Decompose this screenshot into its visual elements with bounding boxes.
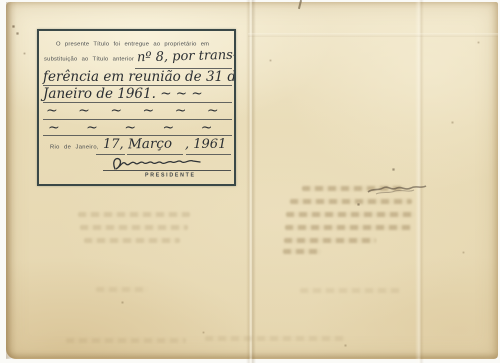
handwritten-month: Março [128, 136, 172, 153]
ghost-showthrough-line [96, 287, 148, 292]
ghost-showthrough-line [78, 212, 190, 217]
transfer-stamp-box: O presente Título foi entregue ao propri… [37, 29, 236, 186]
signature-title-label: PRESIDENTE [145, 172, 196, 178]
handwritten-line-transferencia: ferência em reunião de 31 de [43, 69, 236, 85]
handwritten-squiggle-row: ~ ~ ~ ~ ~ ~ ~ ~ [46, 103, 236, 119]
ghost-showthrough-line [205, 336, 345, 341]
president-signature [109, 155, 205, 171]
scanned-document-photo: O presente Título foi entregue ao propri… [0, 0, 500, 363]
ghost-showthrough-line [284, 238, 376, 243]
handwritten-day: 17, [103, 137, 124, 152]
ghost-showthrough-line [66, 338, 186, 343]
paper-speckles [0, 0, 1, 1]
ghost-showthrough-line [300, 288, 400, 293]
ghost-showthrough-line [84, 238, 180, 243]
handwritten-year: , 1961 [185, 137, 226, 152]
handwritten-line-janeiro: Janeiro de 1961. ~ ~ ~ [43, 86, 203, 102]
printed-text-line1: O presente Título foi entregue ao propri… [56, 41, 209, 47]
ghost-showthrough-line [80, 225, 188, 230]
printed-text-line2: substituição ao Título anterior [44, 56, 134, 62]
handwritten-squiggle-row: ~ ~ ~ ~ ~ ~ ~ [48, 120, 236, 136]
printed-place-label: Rio de Janeiro, [50, 144, 99, 150]
handwritten-title-number: nº 8, por trans- [137, 48, 236, 66]
signature-line [103, 170, 231, 171]
ink-smudge [364, 179, 430, 201]
ghost-showthrough-line [285, 225, 411, 230]
ghost-showthrough-line [286, 212, 414, 217]
ghost-showthrough-line [283, 249, 321, 254]
